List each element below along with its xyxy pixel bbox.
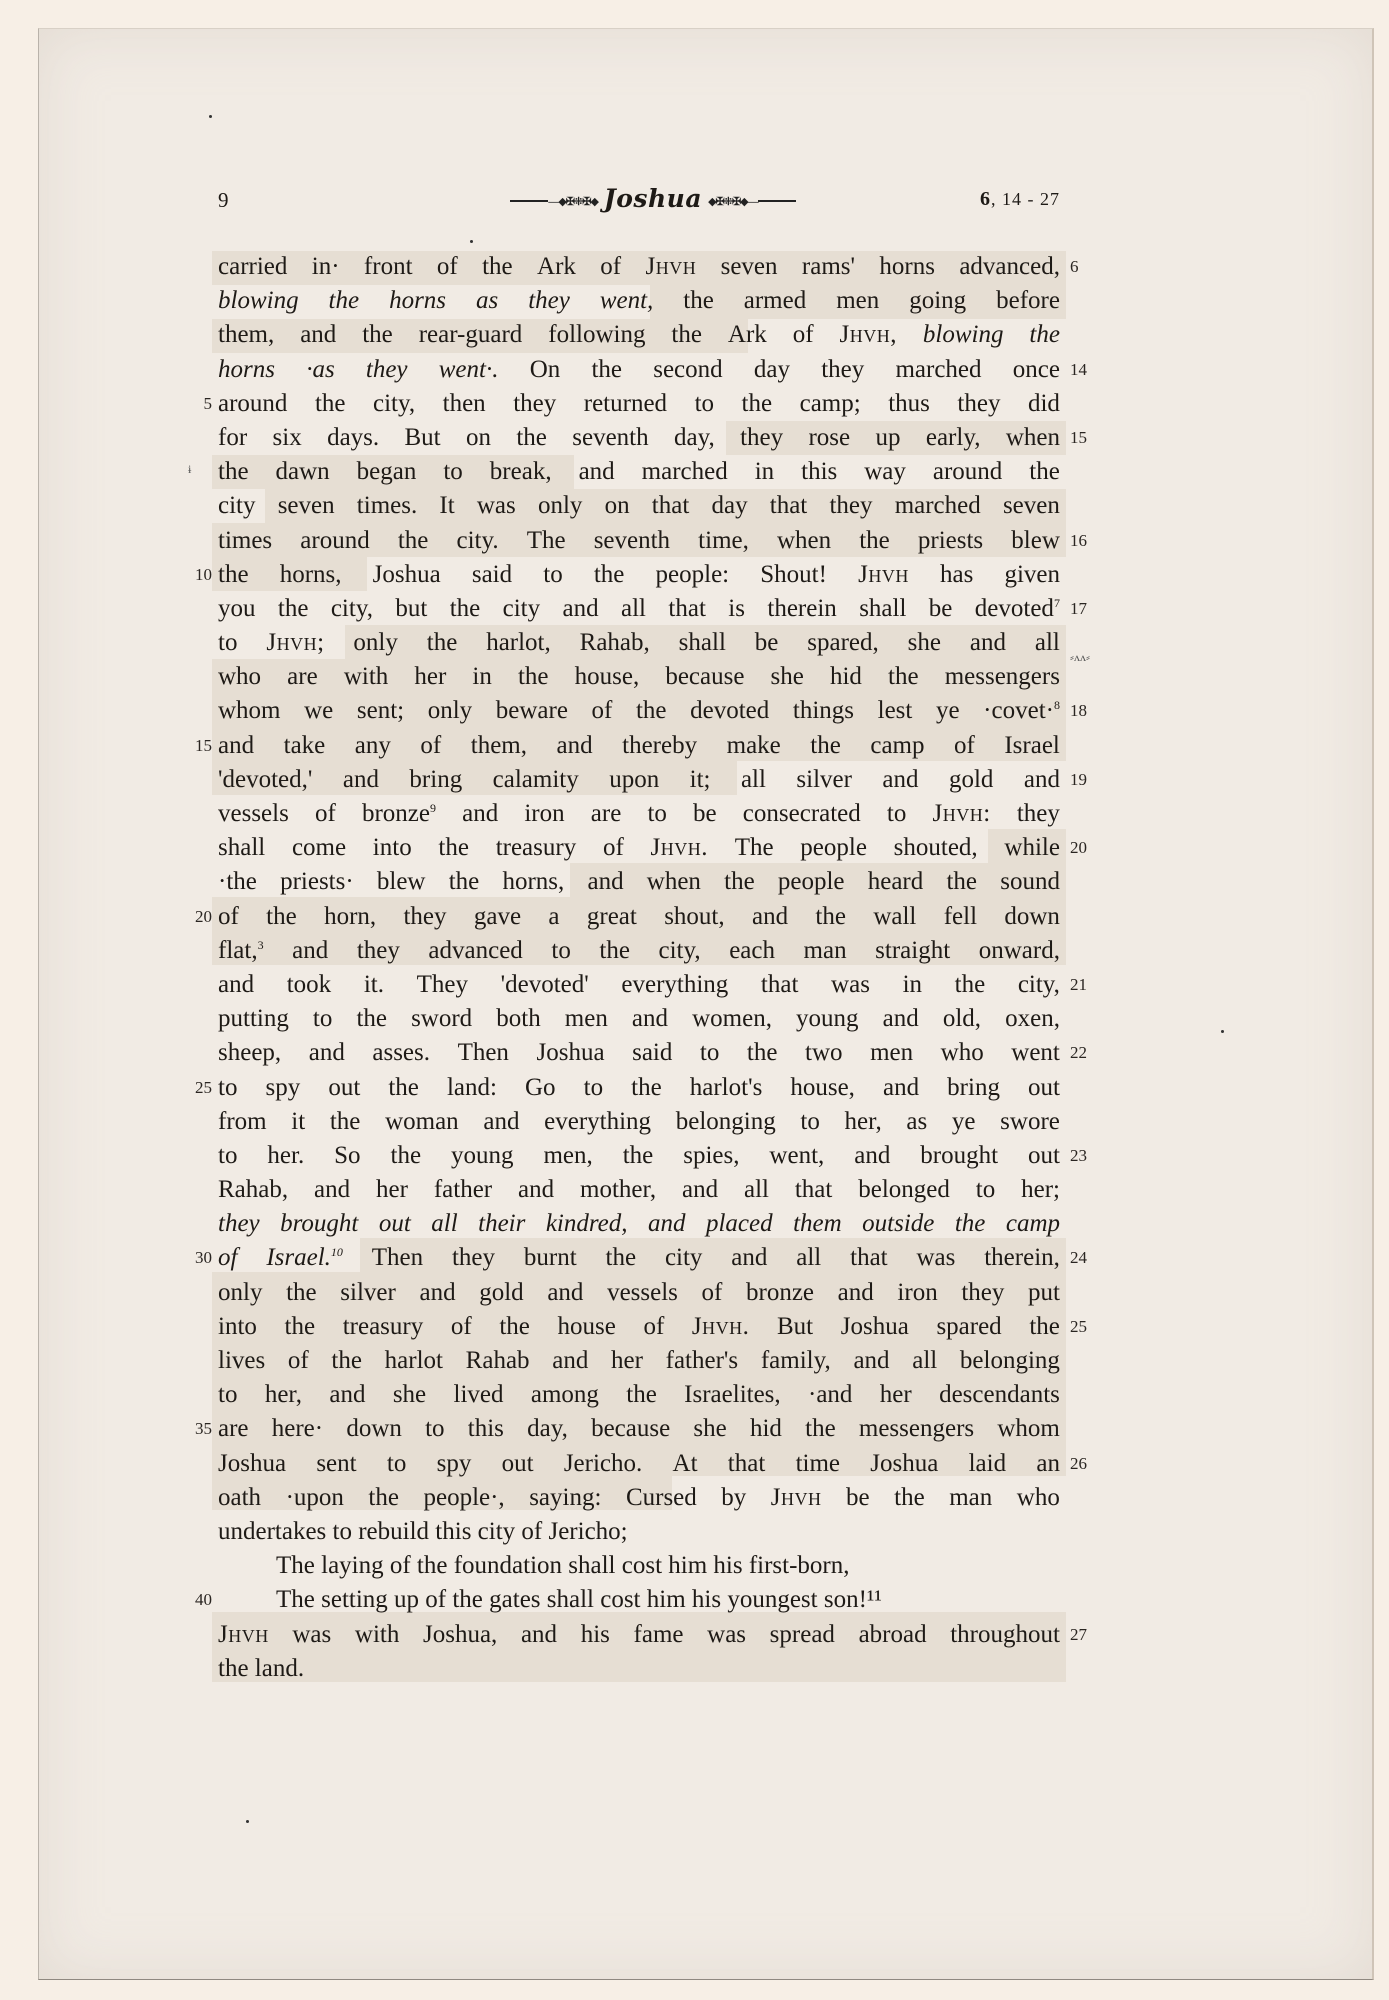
text-line: fromitthewomanandeverythingbelongingtohe… — [218, 1105, 1060, 1139]
text-line: toher,andshelivedamongtheIsraelites,·and… — [218, 1378, 1060, 1412]
text-line: 35arehere·downtothisday,becauseshehidthe… — [218, 1412, 1060, 1446]
text-line: horns·astheywent·.Ontheseconddaytheymarc… — [218, 353, 1060, 387]
running-head: 9 —◆✠⁜✠◆Joshua◆✠⁜✠◆— 6, 14 - 27 — [218, 188, 1060, 218]
text-line: whoarewithherinthehouse,becauseshehidthe… — [218, 660, 1060, 694]
line-number: 10 — [184, 558, 212, 592]
text-line: 15andtakeanyofthem,andtherebymakethecamp… — [218, 729, 1060, 763]
verse-number: 25 — [1070, 1310, 1087, 1344]
text-line: theybroughtoutalltheirkindred,andplacedt… — [218, 1207, 1060, 1241]
ornament-rule-right — [758, 200, 796, 202]
running-title: Joshua — [604, 184, 702, 213]
verse-number: 18 — [1070, 694, 1087, 728]
line-number: 20 — [184, 900, 212, 934]
line-text: the land. — [218, 1652, 1060, 1686]
text-line: carriedin·frontoftheArkofJhvhsevenrams'h… — [218, 250, 1060, 284]
text-line: oath·uponthepeople·,saying:CursedbyJhvhb… — [218, 1481, 1060, 1515]
text-line: andtookit.They'devoted'everythingthatwas… — [218, 968, 1060, 1002]
text-line: 25tospyouttheland:Gototheharlot'shouse,a… — [218, 1071, 1060, 1105]
text-line: ·thepriests·blewthehorns,andwhenthepeopl… — [218, 865, 1060, 899]
ornament-right-icon: ◆✠⁜✠◆— — [708, 195, 758, 208]
verse-number: 6 — [1070, 250, 1079, 284]
paper-speck — [209, 115, 212, 118]
text-line: JhvhwaswithJoshua,andhisfamewasspreadabr… — [218, 1618, 1060, 1652]
verse-number: 20 — [1070, 831, 1087, 865]
text-line: vesselsofbronze9andironaretobeconsecrate… — [218, 797, 1060, 831]
text-line: 5aroundthecity,thentheyreturnedtothecamp… — [218, 387, 1060, 421]
text-line: shallcomeintothetreasuryofJhvh.Thepeople… — [218, 831, 1060, 865]
verse-number: 26 — [1070, 1447, 1087, 1481]
text-line: whomwesent;onlybewareofthedevotedthingsl… — [218, 694, 1060, 728]
margin-scribble: ⸗ʌʌ⸗ — [1070, 650, 1090, 665]
line-text: The setting up of the gates shall cost h… — [218, 1583, 1060, 1617]
line-number: 5 — [184, 387, 212, 421]
verse-number: 23 — [1070, 1139, 1087, 1173]
chapter-number: 6 — [980, 188, 991, 210]
line-number: 30 — [184, 1241, 212, 1275]
ornament-left-icon: —◆✠⁜✠◆ — [548, 195, 598, 208]
verse-number: 14 — [1070, 353, 1087, 387]
line-number: 35 — [184, 1412, 212, 1446]
ornament-rule-left — [510, 200, 548, 202]
chapter-verse-reference: 6, 14 - 27 — [980, 188, 1060, 211]
poetry-line: The laying of the foundation shall cost … — [218, 1549, 1060, 1583]
verse-number: 17 — [1070, 592, 1087, 626]
text-line: the land. — [218, 1652, 1060, 1686]
verse-range: , 14 - 27 — [991, 189, 1060, 209]
text-line: 20ofthehorn,theygaveagreatshout,andthewa… — [218, 900, 1060, 934]
text-line: cityseventimes.Itwasonlyonthatdaythatthe… — [218, 489, 1060, 523]
verse-number: 24 — [1070, 1241, 1087, 1275]
text-line: toher.Sotheyoungmen,thespies,went,andbro… — [218, 1139, 1060, 1173]
verse-number: 21 — [1070, 968, 1087, 1002]
running-title-block: —◆✠⁜✠◆Joshua◆✠⁜✠◆— — [508, 184, 798, 214]
text-line: livesoftheharlotRahabandherfather'sfamil… — [218, 1344, 1060, 1378]
text-line: 10thehorns,Joshuasaidtothepeople:Shout!J… — [218, 558, 1060, 592]
text-line: thedawnbegantobreak,andmarchedinthiswaya… — [218, 455, 1060, 489]
verse-number: 15 — [1070, 421, 1087, 455]
text-line: JoshuasenttospyoutJericho.AtthattimeJosh… — [218, 1447, 1060, 1481]
line-number: 15 — [184, 729, 212, 763]
verse-number: 22 — [1070, 1036, 1087, 1070]
line-number: 25 — [184, 1071, 212, 1105]
line-text: The laying of the foundation shall cost … — [218, 1549, 1060, 1583]
text-line: undertakes to rebuild this city of Jeric… — [218, 1515, 1060, 1549]
paper-speck — [470, 240, 473, 243]
margin-scribble: ɨ — [188, 462, 191, 477]
text-line: Rahab,andherfatherandmother,andallthatbe… — [218, 1173, 1060, 1207]
text-line: toJhvh;onlytheharlot,Rahab,shallbespared… — [218, 626, 1060, 660]
line-text: undertakes to rebuild this city of Jeric… — [218, 1515, 1060, 1549]
text-line: them,andtherear-guardfollowingtheArkofJh… — [218, 318, 1060, 352]
verse-number: 19 — [1070, 763, 1087, 797]
text-line: sheep,andasses.ThenJoshuasaidtothetwomen… — [218, 1036, 1060, 1070]
text-line: 'devoted,'andbringcalamityuponit;allsilv… — [218, 763, 1060, 797]
page-number: 9 — [218, 188, 229, 213]
text-line: blowingthehornsastheywent,thearmedmengoi… — [218, 284, 1060, 318]
paper-speck — [246, 1820, 249, 1823]
text-line: onlythesilverandgoldandvesselsofbronzean… — [218, 1276, 1060, 1310]
text-line: youthecity,butthecityandallthatistherein… — [218, 592, 1060, 626]
text-line: puttingtotheswordbothmenandwomen,youngan… — [218, 1002, 1060, 1036]
body-text: carriedin·frontoftheArkofJhvhsevenrams'h… — [218, 250, 1060, 1686]
verse-number: 16 — [1070, 524, 1087, 558]
verse-number: 27 — [1070, 1618, 1087, 1652]
text-line: forsixdays.Butontheseventhday,theyroseup… — [218, 421, 1060, 455]
text-line: flat,3andtheyadvancedtothecity,eachmanst… — [218, 934, 1060, 968]
poetry-line: 40The setting up of the gates shall cost… — [218, 1583, 1060, 1617]
line-number: 40 — [184, 1583, 212, 1617]
text-line: intothetreasuryofthehouseofJhvh.ButJoshu… — [218, 1310, 1060, 1344]
text-line: 30ofIsrael.10Thentheyburntthecityandallt… — [218, 1241, 1060, 1275]
paper-speck — [1221, 1030, 1224, 1033]
text-line: timesaroundthecity.Theseventhtime,whenth… — [218, 524, 1060, 558]
